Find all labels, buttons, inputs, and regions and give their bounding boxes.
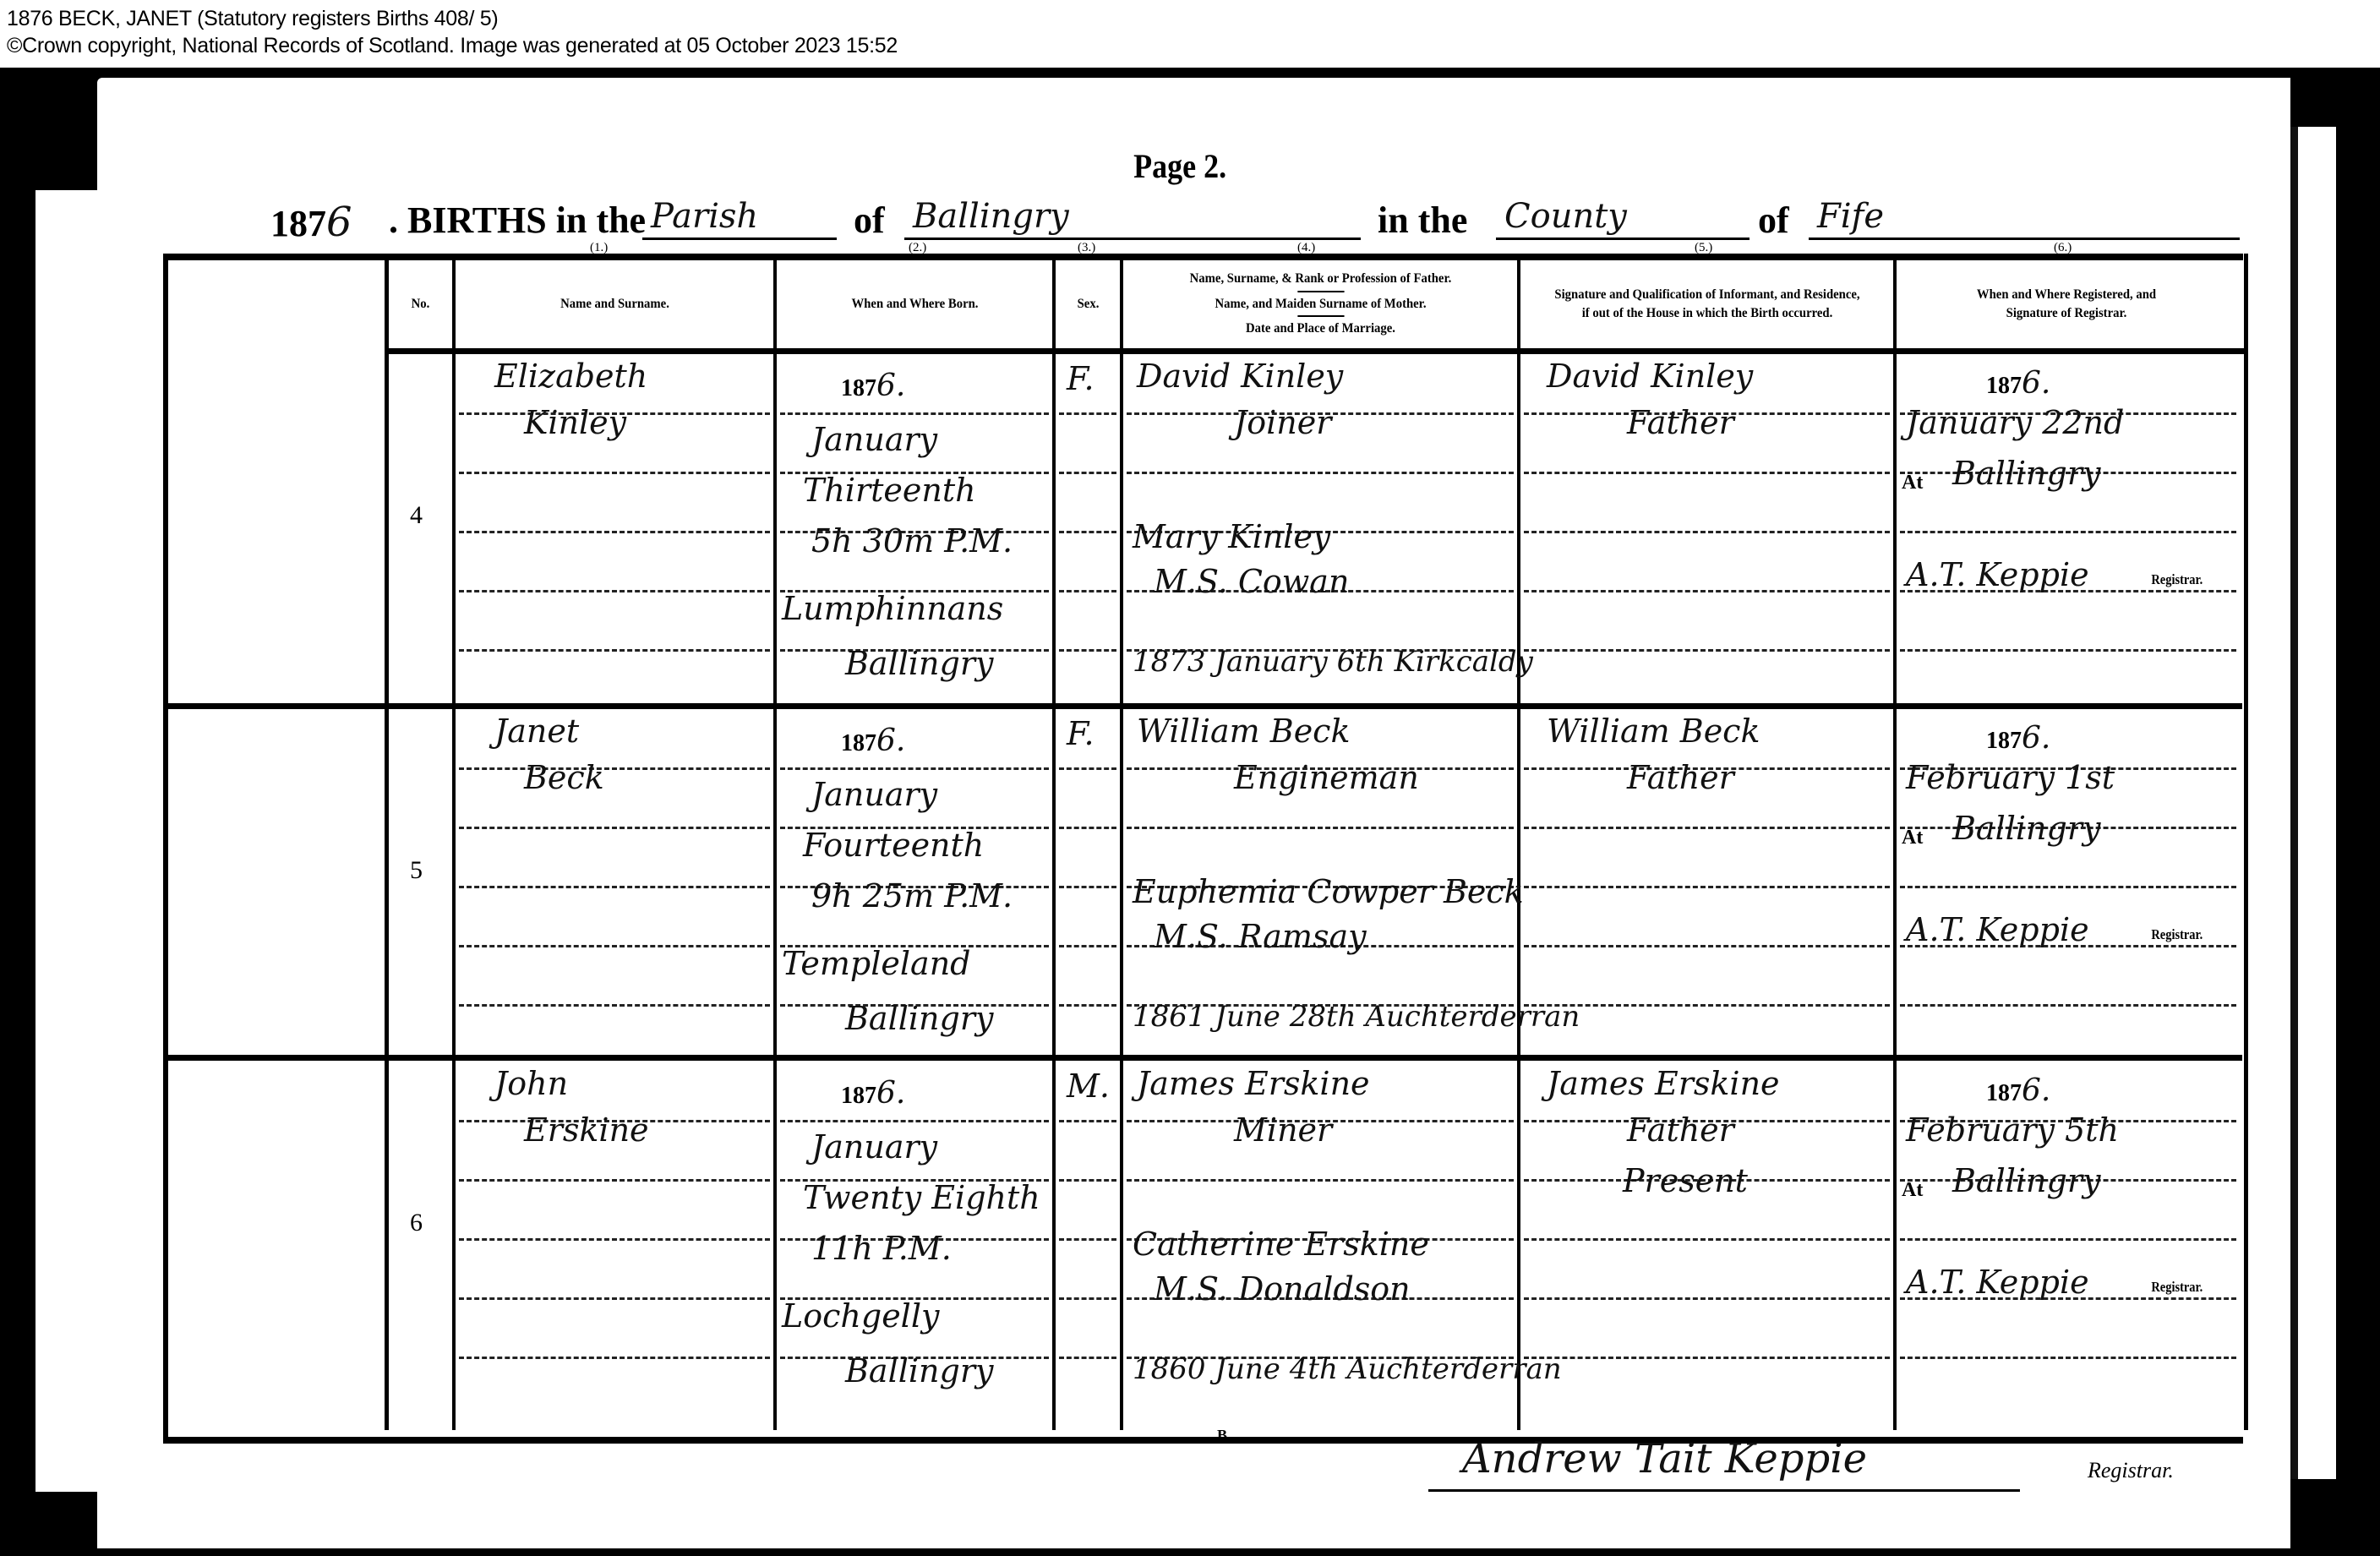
ruled-line <box>1524 945 1890 947</box>
registration-at-label: At <box>1902 827 1923 849</box>
registration-year: 1876. <box>1986 721 2050 756</box>
column-divider <box>1893 254 1897 1430</box>
registration-date: January 22nd <box>1906 404 2124 441</box>
mother-name: Catherine Erskine <box>1133 1226 1429 1263</box>
birth-year: 1876. <box>841 369 905 403</box>
birth-time: 11h P.M. <box>811 1230 952 1267</box>
birth-time: 9h 25m P.M. <box>811 877 1013 914</box>
registration-date: February 5th <box>1906 1111 2119 1149</box>
birth-place-locality: Templeland <box>782 945 971 982</box>
registrar-label: Registrar. <box>2151 1279 2203 1296</box>
ruled-line <box>1524 590 1890 592</box>
heading-births-label: . BIRTHS in the <box>389 199 646 242</box>
heading-of-2: of <box>1758 199 1789 242</box>
birth-month: January <box>811 421 937 458</box>
ruled-line <box>459 1179 770 1182</box>
ruled-line <box>1524 1297 1890 1300</box>
ruled-line <box>1059 1120 1116 1122</box>
ruled-line <box>1900 531 2236 533</box>
district-name-field: Ballingry <box>904 199 1361 240</box>
page-mark: B <box>1217 1427 1227 1444</box>
child-sex: F. <box>1067 360 1094 397</box>
column-divider <box>1517 254 1520 1430</box>
county-type-field: County <box>1496 199 1750 240</box>
mother-maiden-surname: M.S. Ramsay <box>1154 918 1367 955</box>
father-occupation: Joiner <box>1234 404 1331 441</box>
informant-signature: James Erskine <box>1547 1065 1780 1102</box>
ruled-line <box>1059 1179 1116 1182</box>
birth-year: 1876. <box>841 723 905 758</box>
birth-place-parish: Ballingry <box>845 645 993 682</box>
ruled-line <box>1059 767 1116 770</box>
page-number: Page 2. <box>1133 146 1226 186</box>
record-title: 1876 BECK, JANET (Statutory registers Bi… <box>7 7 498 31</box>
registration-place: Ballingry <box>1952 1162 2100 1199</box>
child-forename: John <box>494 1065 568 1102</box>
registrar-signature: A.T. Keppie <box>1906 911 2089 948</box>
ruled-line <box>459 472 770 474</box>
ruled-line <box>780 1120 1049 1122</box>
ruled-line <box>1524 1238 1890 1241</box>
register-heading: 1876 . BIRTHS in the Parish of Ballingry… <box>270 199 2240 249</box>
registration-year: 1876. <box>1986 366 2050 401</box>
ruled-line <box>459 827 770 829</box>
birth-year: 1876. <box>841 1076 905 1111</box>
page-edge-right <box>2286 127 2336 1479</box>
ruled-line <box>1900 649 2236 652</box>
column-divider <box>1052 254 1056 1430</box>
ruled-line <box>459 886 770 888</box>
marriage-date-place: 1861 June 28th Auchterderran <box>1133 1000 1580 1034</box>
ruled-line <box>1059 1297 1116 1300</box>
child-forename: Elizabeth <box>494 358 647 395</box>
birth-day: Twenty Eighth <box>803 1179 1040 1216</box>
ruled-line <box>1524 531 1890 533</box>
copyright-notice: ©Crown copyright, National Records of Sc… <box>7 34 898 58</box>
ruled-line <box>1524 1357 1890 1359</box>
birth-day: Thirteenth <box>803 472 976 509</box>
father-occupation: Engineman <box>1234 759 1419 796</box>
heading-year: 1876 <box>270 199 352 246</box>
county-name-field: Fife <box>1809 199 2240 240</box>
informant-qualification: Father <box>1627 1111 1734 1149</box>
informant-signature: William Beck <box>1547 712 1760 750</box>
ruled-line <box>459 590 770 592</box>
header-parents-mother: Name, and Maiden Surname of Mother. <box>1215 295 1426 314</box>
mother-maiden-surname: M.S. Donaldson <box>1154 1270 1411 1308</box>
ruled-line <box>459 1357 770 1359</box>
birth-day: Fourteenth <box>803 827 984 864</box>
ruled-line <box>1900 1357 2236 1359</box>
header-informant: Signature and Qualification of Informant… <box>1537 264 1879 344</box>
ruled-line <box>1059 827 1116 829</box>
header-sex: Sex. <box>1059 264 1117 344</box>
ruled-line <box>1059 531 1116 533</box>
ruled-line <box>1059 472 1116 474</box>
entry-number: 6 <box>410 1209 423 1237</box>
ruled-line <box>1524 472 1890 474</box>
ruled-line <box>1524 827 1890 829</box>
registrar-footer-label: Registrar. <box>2088 1458 2174 1483</box>
column-divider <box>452 254 456 1430</box>
birth-time: 5h 30m P.M. <box>811 522 1013 560</box>
ruled-line <box>1059 1357 1116 1359</box>
informant-signature: David Kinley <box>1547 358 1753 395</box>
ruled-line <box>1059 412 1116 415</box>
child-surname: Erskine <box>524 1111 649 1149</box>
entry-divider <box>163 703 2242 709</box>
registrar-footer-signature: Andrew Tait Keppie <box>1428 1437 2020 1492</box>
mother-maiden-surname: M.S. Cowan <box>1154 563 1349 600</box>
ruled-line <box>459 649 770 652</box>
ruled-line <box>1059 886 1116 888</box>
informant-qualification: Father <box>1627 404 1734 441</box>
ruled-line <box>1059 945 1116 947</box>
birth-place-locality: Lochgelly <box>782 1297 939 1335</box>
ruled-line <box>459 531 770 533</box>
birth-place-locality: Lumphinnans <box>782 590 1003 627</box>
header-parents-father: Name, Surname, & Rank or Profession of F… <box>1190 270 1452 288</box>
ruled-line <box>780 767 1049 770</box>
registrar-signature: A.T. Keppie <box>1906 1264 2089 1301</box>
entry-number: 5 <box>410 856 423 885</box>
ruled-line <box>1524 649 1890 652</box>
ruled-line <box>459 945 770 947</box>
entry-number: 4 <box>410 501 423 530</box>
ruled-line <box>1127 1179 1514 1182</box>
child-sex: M. <box>1067 1067 1110 1105</box>
child-surname: Kinley <box>524 404 626 441</box>
header-when-where: When and Where Born. <box>789 264 1041 344</box>
column-divider <box>1120 254 1123 1430</box>
registration-year: 1876. <box>1986 1073 2050 1108</box>
registration-place: Ballingry <box>1952 455 2100 492</box>
heading-of-1: of <box>854 199 885 242</box>
ruled-line <box>1059 1004 1116 1007</box>
father-name: James Erskine <box>1137 1065 1370 1102</box>
ruled-line <box>459 767 770 770</box>
birth-month: January <box>811 1128 937 1166</box>
birth-month: January <box>811 776 937 813</box>
registrar-label: Registrar. <box>2151 926 2203 943</box>
divider <box>1297 291 1344 292</box>
father-name: William Beck <box>1137 712 1351 750</box>
mother-name: Euphemia Cowper Beck <box>1133 873 1524 910</box>
registration-date: February 1st <box>1906 759 2115 796</box>
header-parents-marriage: Date and Place of Marriage. <box>1246 319 1395 338</box>
father-occupation: Miner <box>1234 1111 1332 1149</box>
marriage-date-place: 1873 January 6th Kirkcaldy <box>1133 645 1533 679</box>
header-name: Name and Surname. <box>469 264 761 344</box>
ruled-line <box>1127 472 1514 474</box>
ruled-line <box>780 412 1049 415</box>
entry-divider <box>163 1055 2242 1061</box>
ruled-line <box>459 1238 770 1241</box>
ruled-line <box>1900 886 2236 888</box>
child-sex: F. <box>1067 715 1094 752</box>
ruled-line <box>1524 886 1890 888</box>
informant-residence: Present <box>1623 1162 1748 1199</box>
ruled-line <box>1900 1004 2236 1007</box>
registrar-label: Registrar. <box>2151 571 2203 588</box>
district-type-field: Parish <box>642 199 837 240</box>
registration-at-label: At <box>1902 472 1923 494</box>
header-no: No. <box>391 264 450 344</box>
header-divider <box>385 348 2244 354</box>
ruled-line <box>1900 1238 2236 1241</box>
registration-place: Ballingry <box>1952 810 2100 847</box>
registration-at-label: At <box>1902 1179 1923 1202</box>
divider <box>1297 315 1344 317</box>
heading-in-the: in the <box>1378 199 1467 242</box>
header-registered: When and Where Registered, and Signature… <box>1911 264 2222 344</box>
child-forename: Janet <box>494 712 579 750</box>
father-name: David Kinley <box>1137 358 1343 395</box>
ruled-line <box>1059 590 1116 592</box>
page-edge-left <box>35 190 106 1492</box>
informant-qualification: Father <box>1627 759 1734 796</box>
birth-place-parish: Ballingry <box>845 1352 993 1389</box>
ruled-line <box>1059 1238 1116 1241</box>
column-divider <box>773 254 777 1430</box>
registrar-signature: A.T. Keppie <box>1906 556 2089 593</box>
ruled-line <box>1059 649 1116 652</box>
ruled-line <box>1127 827 1514 829</box>
ruled-line <box>459 1004 770 1007</box>
mother-name: Mary Kinley <box>1133 518 1330 555</box>
marriage-date-place: 1860 June 4th Auchterderran <box>1133 1352 1562 1386</box>
ruled-line <box>459 1297 770 1300</box>
header-parents: Name, Surname, & Rank or Profession of F… <box>1140 264 1502 344</box>
child-surname: Beck <box>524 759 604 796</box>
birth-place-parish: Ballingry <box>845 1000 993 1037</box>
